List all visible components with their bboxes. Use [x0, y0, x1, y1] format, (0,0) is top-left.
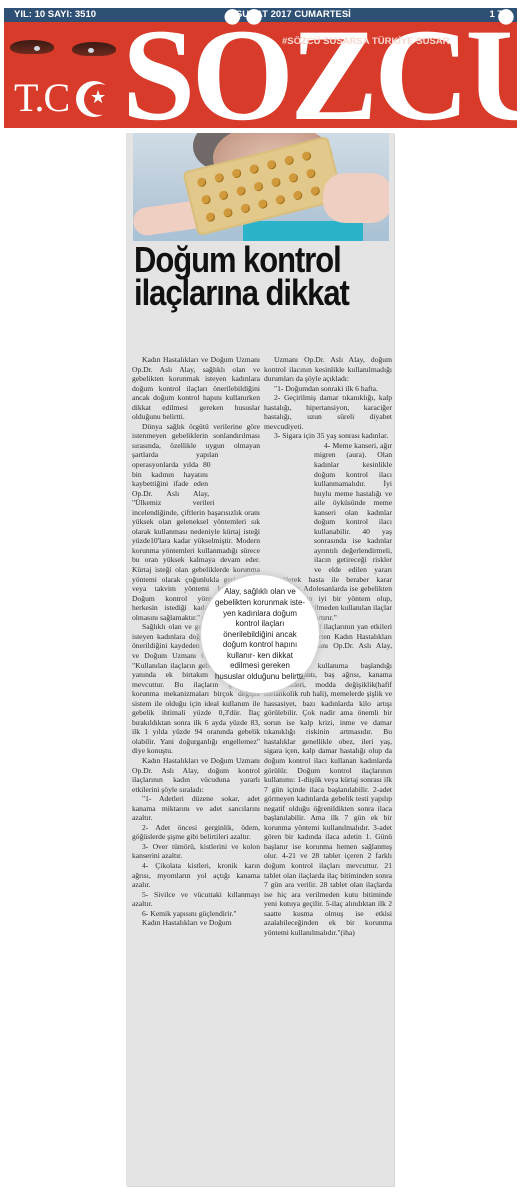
year-issue: YIL: 10 SAYI: 3510 [14, 8, 96, 22]
newspaper-masthead: YIL: 10 SAYI: 3510 4 ŞUBAT 2017 CUMARTES… [4, 8, 517, 128]
star-icon: ★ [90, 88, 106, 106]
article: Doğum kontrol ilaçlarına dikkat Kadın Ha… [126, 133, 394, 1186]
newspaper-logo: SÖZCÜ [122, 10, 517, 128]
article-headline: Doğum kontrol ilaçlarına dikkat [134, 243, 354, 309]
slogan: #SÖZCÜ SUSARSA TÜRKİYE SUSAR [282, 36, 450, 47]
ataturk-eyes-icon [10, 36, 118, 72]
tc-label: T.C [14, 78, 69, 118]
pull-quote: Alay, sağlıklı olan ve gebelikten korunm… [201, 575, 319, 693]
birth-control-pill-photo [133, 133, 389, 241]
